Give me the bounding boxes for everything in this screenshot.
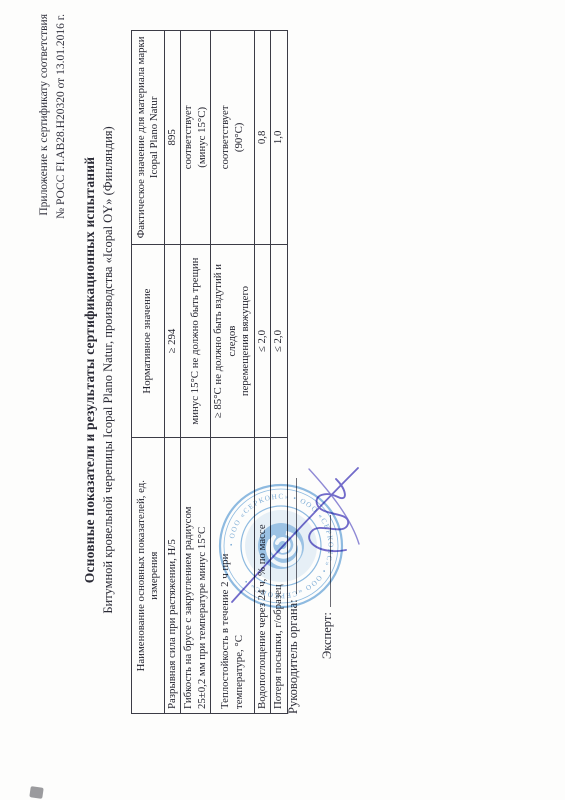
cell-actual: 0,8 [254,31,270,245]
table-header-row: Наименование основных показателей, ед. и… [132,31,165,714]
cell-normative: ≥ 85°С не должно быть вздутий и следов п… [211,244,254,438]
signature-flourish-stroke [309,469,359,544]
cell-actual: соответствует (минус 15°С) [181,31,211,245]
handwritten-signature [218,460,368,612]
appendix-reference: Приложение к сертификату соответствия № … [36,14,69,219]
cell-normative: ≤ 2,0 [254,244,270,438]
cell-parameter: Гибкость на брусе с закруглением радиусо… [181,438,211,714]
cell-normative: ≥ 294 [165,244,181,438]
scanned-page: Приложение к сертификату соответствия № … [0,0,565,800]
cell-actual: соответствует (90°С) [211,31,254,245]
certificate-document: Приложение к сертификату соответствия № … [0,0,565,800]
document-subtitle: Битумной кровельной черепицы Icopal Plan… [101,40,116,700]
document-title: Основные показатели и результаты сертифи… [82,40,98,700]
cell-actual: 895 [165,31,181,245]
col-header-normative: Нормативное значение [132,244,165,438]
signature-long-stroke [232,468,358,602]
cell-actual: 1,0 [271,31,287,245]
cell-normative: ≤ 2,0 [271,244,287,438]
col-header-parameter: Наименование основных показателей, ед. и… [132,438,165,714]
table-row: Гибкость на брусе с закруглением радиусо… [181,31,211,714]
cell-normative: минус 15°С не должно быть трещин [181,244,211,438]
signature-loops-stroke [309,479,348,551]
expert-label: Эксперт: [320,612,334,659]
appendix-number: № РОСС FI.АВ28.Н20320 от 13.01.2016 г. [53,14,70,219]
cell-parameter: Разрывная сила при растяжении, Н/5 [165,438,181,714]
head-of-body-label: Руководитель органа: [286,599,300,714]
col-header-actual: Фактическое значение для материала марки… [132,31,165,245]
table-row: Разрывная сила при растяжении, Н/5 ≥ 294… [165,31,181,714]
appendix-line1: Приложение к сертификату соответствия [36,14,53,219]
scan-artifact [29,786,43,799]
